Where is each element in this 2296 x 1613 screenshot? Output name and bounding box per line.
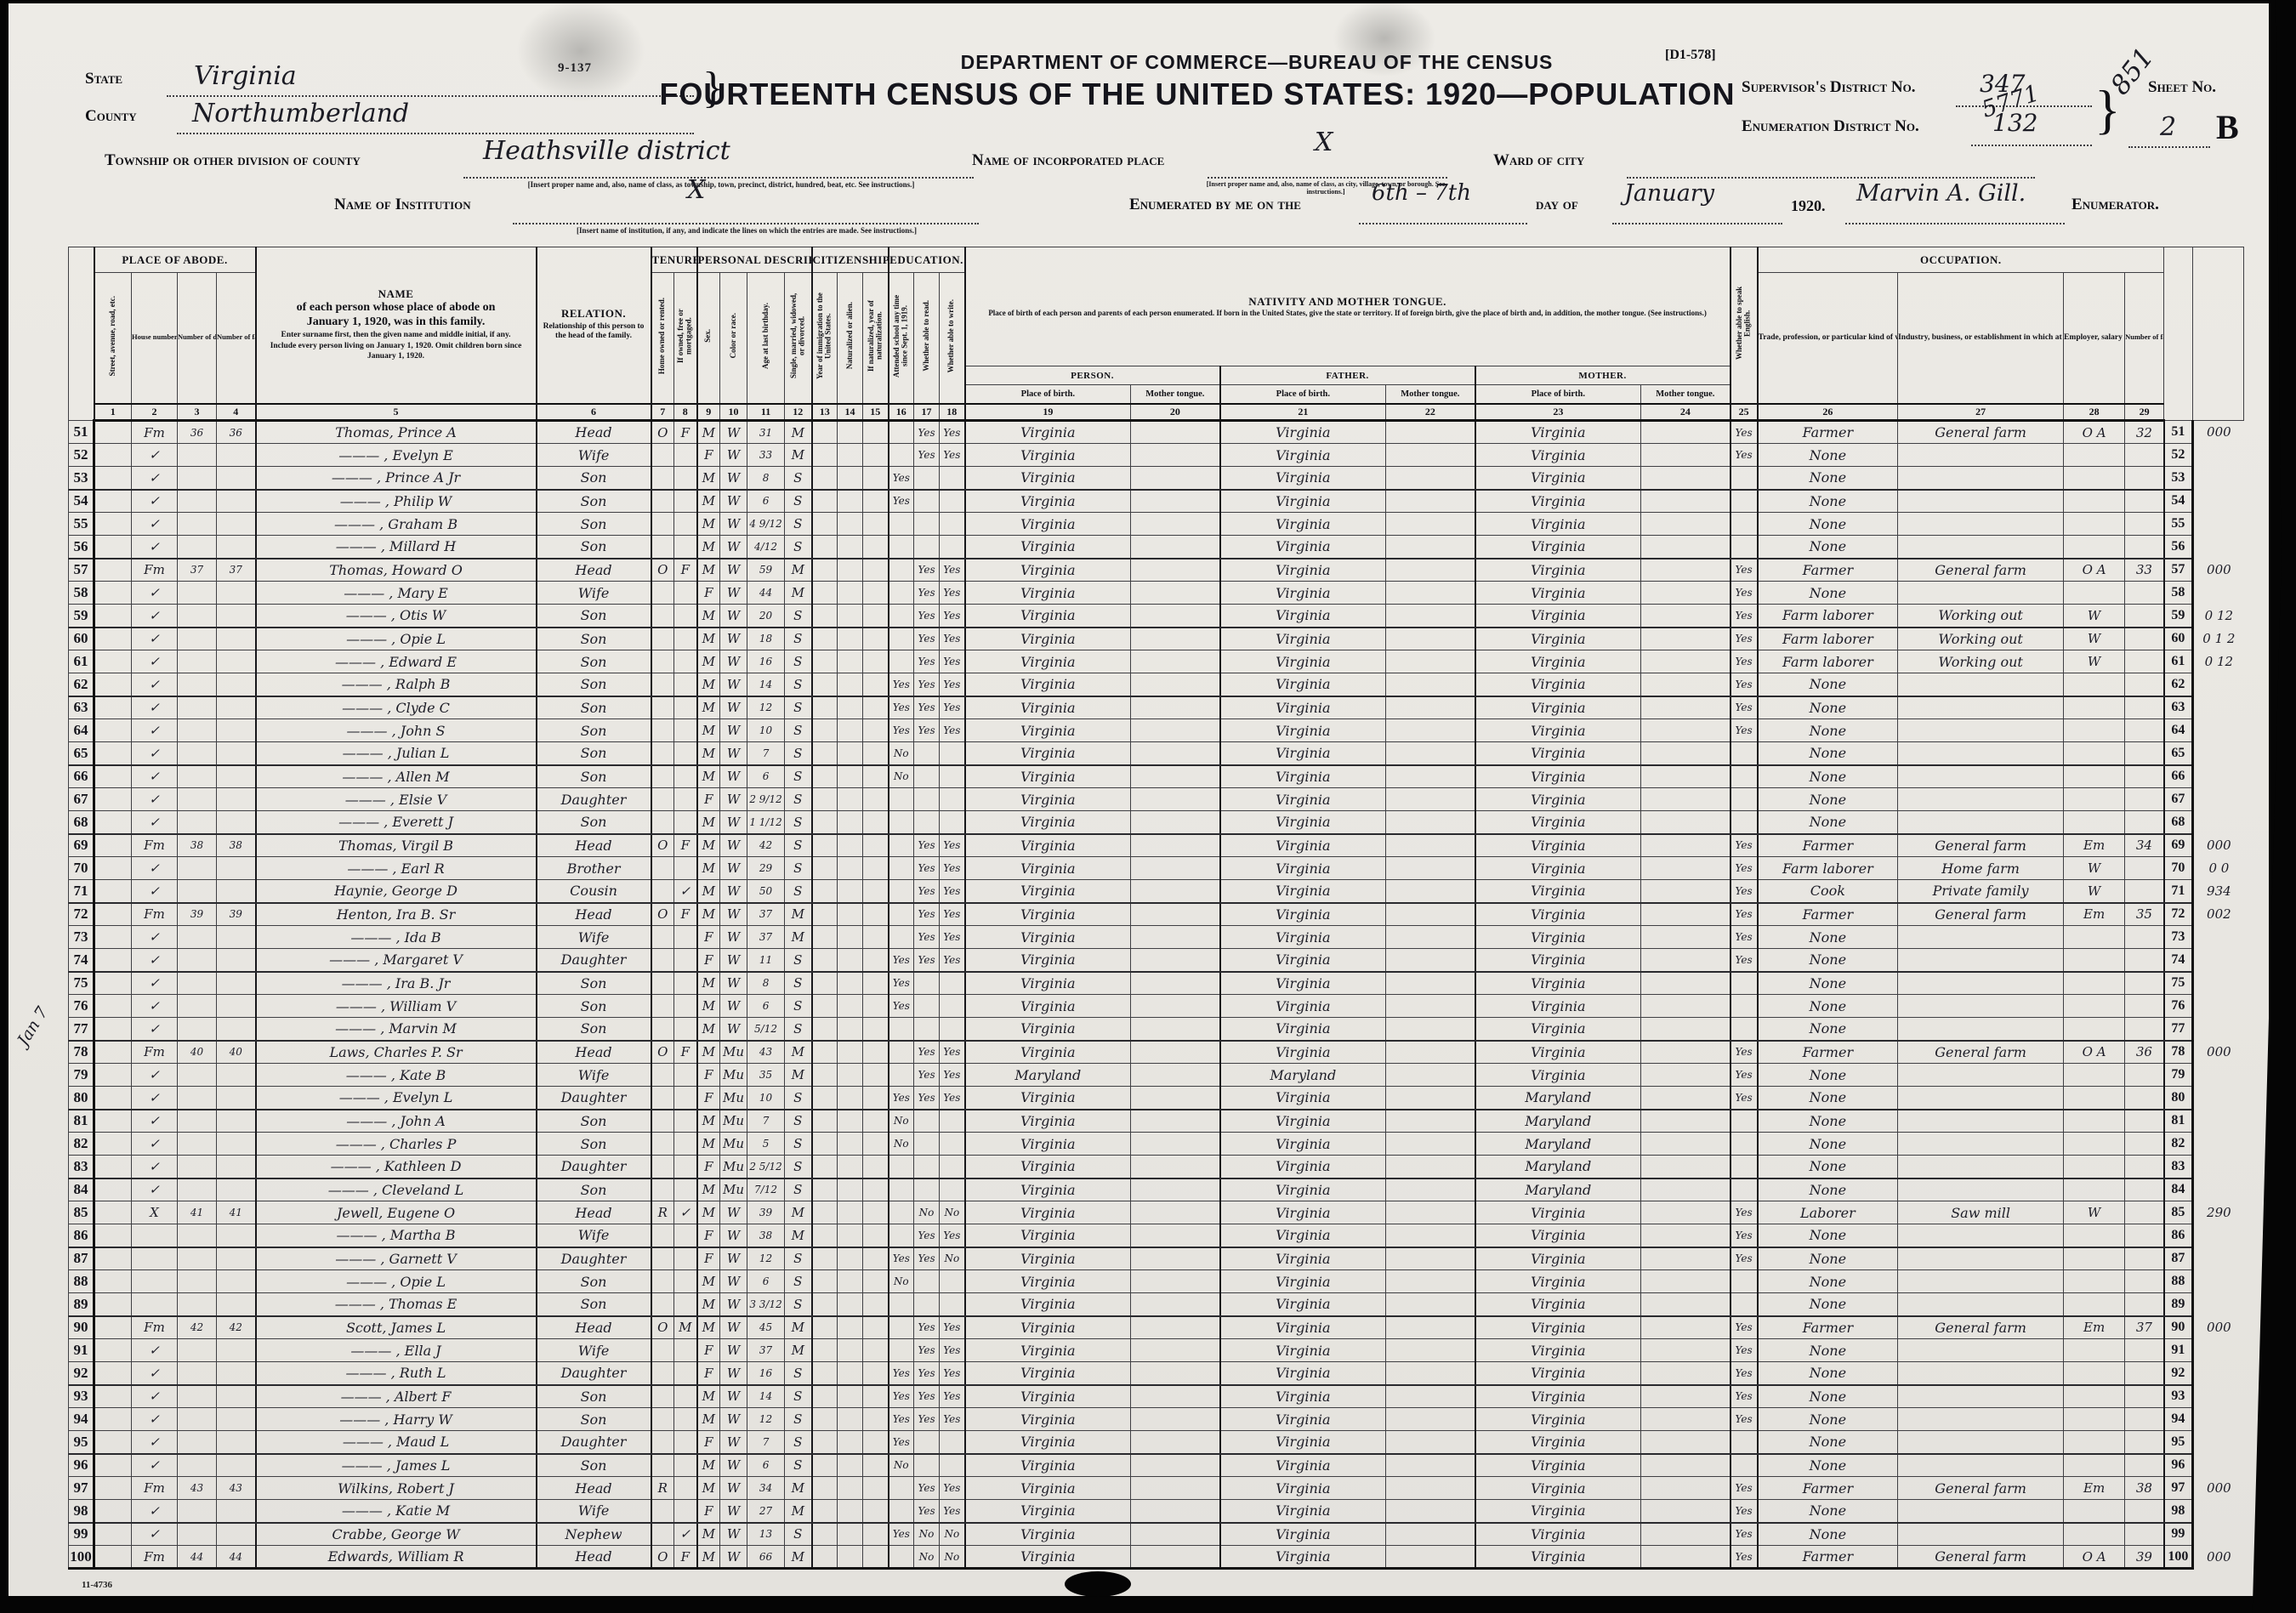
cell-age: 6 xyxy=(747,1454,785,1477)
cell-speaks-english: Yes xyxy=(1731,673,1758,696)
cell-mother-tongue2 xyxy=(1641,903,1731,926)
cell-name: ——— , John A xyxy=(256,1110,537,1133)
cell-free-mortgaged xyxy=(674,467,697,490)
enumerator-name-value: Marvin A. Gill. xyxy=(1856,180,2026,207)
cell-immigration-year xyxy=(812,1477,838,1500)
cell-street xyxy=(94,628,132,650)
cell-industry xyxy=(1898,719,2064,742)
table-row: 92✓——— , Ruth LDaughterFW16SYesYesYesVir… xyxy=(69,1362,2244,1385)
table-row: 52✓——— , Evelyn EWifeFW33MYesYesVirginia… xyxy=(69,444,2244,467)
cell-color: W xyxy=(720,1316,747,1339)
cell-free-mortgaged: F xyxy=(674,559,697,582)
cell-write xyxy=(940,972,965,995)
cell-name: ——— , Kathleen D xyxy=(256,1156,537,1179)
table-row: 99✓Crabbe, George WNephew✓MW13SYesNoNoVi… xyxy=(69,1523,2244,1546)
cell-immigration-year xyxy=(812,513,838,536)
cell-school xyxy=(889,421,914,444)
cell-write: Yes xyxy=(940,1224,965,1247)
cell-margin-note xyxy=(2193,1087,2244,1110)
cell-dwelling-no xyxy=(178,1110,217,1133)
cell-father-tongue xyxy=(1386,949,1475,972)
cell-place-of-birth: Virginia xyxy=(965,1224,1131,1247)
table-row: 57Fm3737Thomas, Howard OHeadOFMW59MYesYe… xyxy=(69,559,2244,582)
cell-father-place-of-birth: Virginia xyxy=(1220,421,1386,444)
cell-name: Thomas, Prince A xyxy=(256,421,537,444)
cell-color: W xyxy=(720,582,747,605)
cell-relation: Daughter xyxy=(537,1247,651,1270)
cell-mother-tongue2 xyxy=(1641,1064,1731,1087)
scan-edge-left xyxy=(0,0,9,1613)
cell-place-of-birth: Virginia xyxy=(965,444,1131,467)
cell-sex: F xyxy=(697,926,720,949)
cell-sex: M xyxy=(697,421,720,444)
cell-age: 7/12 xyxy=(747,1179,785,1201)
cell-trade: None xyxy=(1758,972,1898,995)
cell-age: 37 xyxy=(747,926,785,949)
cell-employer-code xyxy=(2064,1087,2125,1110)
line-number-right: 93 xyxy=(2164,1385,2193,1408)
cell-name: Crabbe, George W xyxy=(256,1523,537,1546)
cell-owned-rented xyxy=(651,1224,674,1247)
cell-write xyxy=(940,490,965,513)
cell-place-of-birth: Virginia xyxy=(965,949,1131,972)
cell-immigration-year xyxy=(812,1362,838,1385)
cell-father-place-of-birth: Virginia xyxy=(1220,1385,1386,1408)
cell-street xyxy=(94,788,132,811)
cell-owned-rented xyxy=(651,1179,674,1201)
cell-read: Yes xyxy=(914,673,940,696)
cell-naturalized xyxy=(838,857,863,880)
cell-house-or-farm: ✓ xyxy=(132,995,178,1018)
cell-school xyxy=(889,1018,914,1041)
cell-dwelling-no xyxy=(178,650,217,673)
cell-age: 6 xyxy=(747,1270,785,1293)
cell-read xyxy=(914,1179,940,1201)
cell-write: Yes xyxy=(940,834,965,857)
cell-sex: M xyxy=(697,650,720,673)
cell-father-tongue xyxy=(1386,995,1475,1018)
cell-family-no xyxy=(217,1156,256,1179)
cell-mother-place-of-birth: Virginia xyxy=(1475,490,1641,513)
cell-free-mortgaged xyxy=(674,1247,697,1270)
cell-street xyxy=(94,605,132,628)
cell-trade: None xyxy=(1758,1179,1898,1201)
cell-industry: Working out xyxy=(1898,650,2064,673)
line-number-left: 100 xyxy=(69,1546,94,1569)
cell-father-tongue xyxy=(1386,1270,1475,1293)
cell-industry xyxy=(1898,1431,2064,1454)
line-number-left: 62 xyxy=(69,673,94,696)
cell-speaks-english: Yes xyxy=(1731,1087,1758,1110)
cell-industry xyxy=(1898,1454,2064,1477)
cell-speaks-english: Yes xyxy=(1731,949,1758,972)
cell-place-of-birth: Virginia xyxy=(965,719,1131,742)
cell-farm-schedule xyxy=(2125,1179,2164,1201)
cell-write xyxy=(940,765,965,788)
cell-house-or-farm: ✓ xyxy=(132,926,178,949)
cell-industry xyxy=(1898,490,2064,513)
table-header: PLACE OF ABODE. NAME of each person whos… xyxy=(69,247,2244,421)
cell-dwelling-no xyxy=(178,582,217,605)
column-number: 24 xyxy=(1641,404,1731,421)
cell-mother-tongue2 xyxy=(1641,559,1731,582)
cell-sex: M xyxy=(697,1041,720,1064)
cell-father-tongue xyxy=(1386,559,1475,582)
cell-margin-note xyxy=(2193,490,2244,513)
cell-school: Yes xyxy=(889,1431,914,1454)
cell-free-mortgaged xyxy=(674,1500,697,1523)
cell-industry xyxy=(1898,995,2064,1018)
cell-school xyxy=(889,1064,914,1087)
cell-street xyxy=(94,444,132,467)
cell-free-mortgaged: F xyxy=(674,421,697,444)
cell-mother-tongue xyxy=(1131,834,1220,857)
cell-write xyxy=(940,788,965,811)
cell-color: W xyxy=(720,1247,747,1270)
cell-school: Yes xyxy=(889,972,914,995)
cell-naturalized xyxy=(838,1270,863,1293)
cell-trade: None xyxy=(1758,1156,1898,1179)
cell-immigration-year xyxy=(812,559,838,582)
cell-sex: M xyxy=(697,467,720,490)
cell-marital: S xyxy=(785,490,812,513)
cell-immigration-year xyxy=(812,1523,838,1546)
name-header-line4: Include every person living on January 1… xyxy=(257,341,536,362)
cell-family-no xyxy=(217,444,256,467)
name-group-title: NAME xyxy=(257,287,536,301)
col-mortgage-header: If owned, free or mortgaged. xyxy=(674,273,697,404)
cell-name: ——— , Ira B. Jr xyxy=(256,972,537,995)
cell-father-place-of-birth: Virginia xyxy=(1220,628,1386,650)
cell-street xyxy=(94,811,132,834)
cell-farm-schedule xyxy=(2125,788,2164,811)
cell-color: W xyxy=(720,421,747,444)
cell-mother-tongue2 xyxy=(1641,1316,1731,1339)
cell-dwelling-no xyxy=(178,628,217,650)
cell-speaks-english xyxy=(1731,1156,1758,1179)
cell-write: Yes xyxy=(940,582,965,605)
cell-father-place-of-birth: Virginia xyxy=(1220,1201,1386,1224)
cell-relation: Brother xyxy=(537,857,651,880)
cell-school xyxy=(889,1041,914,1064)
cell-name: ——— , Clyde C xyxy=(256,696,537,719)
cell-father-place-of-birth: Virginia xyxy=(1220,1408,1386,1431)
cell-trade: Farm laborer xyxy=(1758,628,1898,650)
col-immigration-header: Year of immigration to the United States… xyxy=(812,273,838,404)
cell-mother-place-of-birth: Virginia xyxy=(1475,742,1641,765)
cell-naturalized xyxy=(838,1454,863,1477)
cell-immigration-year xyxy=(812,995,838,1018)
age-label: Age at last birthday. xyxy=(762,303,770,369)
cell-mother-place-of-birth: Maryland xyxy=(1475,1179,1641,1201)
cell-marital: M xyxy=(785,1500,812,1523)
cell-mother-place-of-birth: Virginia xyxy=(1475,582,1641,605)
cell-father-tongue xyxy=(1386,1454,1475,1477)
cell-school xyxy=(889,1224,914,1247)
table-row: 98✓——— , Katie MWifeFW27MYesYesVirginiaV… xyxy=(69,1500,2244,1523)
cell-mother-place-of-birth: Virginia xyxy=(1475,1201,1641,1224)
cell-free-mortgaged: F xyxy=(674,1041,697,1064)
cell-mother-tongue2 xyxy=(1641,1523,1731,1546)
cell-mother-tongue xyxy=(1131,972,1220,995)
cell-read: Yes xyxy=(914,1477,940,1500)
cell-father-place-of-birth: Virginia xyxy=(1220,1270,1386,1293)
cell-relation: Head xyxy=(537,421,651,444)
cell-name: Haynie, George D xyxy=(256,880,537,903)
column-number: 23 xyxy=(1475,404,1641,421)
cell-free-mortgaged: F xyxy=(674,1546,697,1569)
cell-speaks-english: Yes xyxy=(1731,1316,1758,1339)
cell-relation: Head xyxy=(537,1316,651,1339)
cell-place-of-birth: Virginia xyxy=(965,673,1131,696)
cell-family-no xyxy=(217,1110,256,1133)
cell-mother-tongue2 xyxy=(1641,926,1731,949)
cell-school: No xyxy=(889,1133,914,1156)
cell-dwelling-no xyxy=(178,1500,217,1523)
cell-family-no xyxy=(217,1523,256,1546)
line-number-left: 72 xyxy=(69,903,94,926)
cell-house-or-farm: ✓ xyxy=(132,1339,178,1362)
cell-family-no xyxy=(217,811,256,834)
cell-dwelling-no xyxy=(178,1247,217,1270)
cell-sex: M xyxy=(697,903,720,926)
cell-family-no xyxy=(217,650,256,673)
cell-family-no: 44 xyxy=(217,1546,256,1569)
table-row: 89——— , Thomas ESonMW3 3/12SVirginiaVirg… xyxy=(69,1293,2244,1316)
cell-write: Yes xyxy=(940,1408,965,1431)
person-pob-header: Place of birth. xyxy=(965,385,1131,404)
cell-industry xyxy=(1898,765,2064,788)
cell-naturalization-year xyxy=(863,536,889,559)
cell-owned-rented xyxy=(651,1362,674,1385)
cell-street xyxy=(94,1247,132,1270)
cell-naturalization-year xyxy=(863,788,889,811)
cell-street xyxy=(94,1110,132,1133)
cell-place-of-birth: Virginia xyxy=(965,605,1131,628)
cell-mother-place-of-birth: Virginia xyxy=(1475,467,1641,490)
cell-mother-tongue xyxy=(1131,628,1220,650)
cell-school: Yes xyxy=(889,673,914,696)
cell-write: Yes xyxy=(940,1385,965,1408)
cell-street xyxy=(94,995,132,1018)
cell-free-mortgaged xyxy=(674,1270,697,1293)
cell-age: 27 xyxy=(747,1500,785,1523)
cell-sex: M xyxy=(697,1201,720,1224)
cell-street xyxy=(94,1339,132,1362)
cell-owned-rented xyxy=(651,490,674,513)
cell-house-or-farm: ✓ xyxy=(132,1064,178,1087)
cell-age: 38 xyxy=(747,1224,785,1247)
cell-owned-rented xyxy=(651,880,674,903)
cell-naturalization-year xyxy=(863,444,889,467)
cell-relation: Son xyxy=(537,995,651,1018)
enumeration-district-line xyxy=(1971,145,2092,146)
cell-trade: None xyxy=(1758,926,1898,949)
cell-place-of-birth: Virginia xyxy=(965,1293,1131,1316)
cell-school: Yes xyxy=(889,719,914,742)
cell-house-or-farm: ✓ xyxy=(132,696,178,719)
cell-immigration-year xyxy=(812,1385,838,1408)
cell-read: Yes xyxy=(914,880,940,903)
cell-immigration-year xyxy=(812,1408,838,1431)
cell-margin-note: 002 xyxy=(2193,903,2244,926)
cell-employer-code xyxy=(2064,444,2125,467)
table-row: 90Fm4242Scott, James LHeadOMMW45MYesYesV… xyxy=(69,1316,2244,1339)
cell-margin-note: 000 xyxy=(2193,834,2244,857)
cell-sex: F xyxy=(697,788,720,811)
cell-naturalized xyxy=(838,1041,863,1064)
cell-speaks-english xyxy=(1731,467,1758,490)
cell-margin-note xyxy=(2193,811,2244,834)
cell-immigration-year xyxy=(812,1156,838,1179)
cell-naturalization-year xyxy=(863,1110,889,1133)
cell-place-of-birth: Virginia xyxy=(965,650,1131,673)
table-row: 87——— , Garnett VDaughterFW12SYesYesNoVi… xyxy=(69,1247,2244,1270)
cell-free-mortgaged xyxy=(674,972,697,995)
cell-sex: M xyxy=(697,1454,720,1477)
sheet-letter: B xyxy=(2216,107,2239,147)
cell-free-mortgaged: ✓ xyxy=(674,880,697,903)
group-name: NAME of each person whose place of abode… xyxy=(256,247,537,404)
cell-relation: Son xyxy=(537,811,651,834)
cell-school xyxy=(889,628,914,650)
cell-age: 34 xyxy=(747,1477,785,1500)
cell-naturalized xyxy=(838,1293,863,1316)
line-number-left: 80 xyxy=(69,1087,94,1110)
cell-street xyxy=(94,673,132,696)
cell-school xyxy=(889,811,914,834)
cell-color: Mu xyxy=(720,1041,747,1064)
cell-write xyxy=(940,995,965,1018)
cell-father-tongue xyxy=(1386,1477,1475,1500)
cell-immigration-year xyxy=(812,1293,838,1316)
cell-house-or-farm xyxy=(132,1270,178,1293)
cell-naturalization-year xyxy=(863,1500,889,1523)
cell-naturalization-year xyxy=(863,926,889,949)
cell-sex: M xyxy=(697,1133,720,1156)
naturalized-label: Naturalized or alien. xyxy=(846,302,855,369)
cell-immigration-year xyxy=(812,605,838,628)
cell-read: No xyxy=(914,1201,940,1224)
cell-mother-place-of-birth: Virginia xyxy=(1475,1247,1641,1270)
line-number-right: 64 xyxy=(2164,719,2193,742)
margin-date-note: Jan 7 xyxy=(14,1003,52,1048)
cell-relation: Son xyxy=(537,742,651,765)
cell-mother-place-of-birth: Maryland xyxy=(1475,1110,1641,1133)
cell-naturalized xyxy=(838,582,863,605)
cell-street xyxy=(94,1316,132,1339)
cell-street xyxy=(94,582,132,605)
cell-trade: None xyxy=(1758,1133,1898,1156)
cell-free-mortgaged xyxy=(674,1156,697,1179)
cell-family-no xyxy=(217,1408,256,1431)
cell-color: W xyxy=(720,788,747,811)
cell-color: W xyxy=(720,605,747,628)
cell-owned-rented xyxy=(651,650,674,673)
cell-marital: S xyxy=(785,1179,812,1201)
cell-speaks-english: Yes xyxy=(1731,1362,1758,1385)
cell-free-mortgaged: M xyxy=(674,1316,697,1339)
cell-read: Yes xyxy=(914,1339,940,1362)
cell-mother-tongue2 xyxy=(1641,1477,1731,1500)
cell-school: Yes xyxy=(889,467,914,490)
cell-family-no xyxy=(217,582,256,605)
mother-tongue-header: Mother tongue. xyxy=(1641,385,1731,404)
cell-margin-note xyxy=(2193,1110,2244,1133)
institution-line xyxy=(513,223,979,224)
cell-owned-rented xyxy=(651,1247,674,1270)
cell-marital: M xyxy=(785,1546,812,1569)
line-number-right: 54 xyxy=(2164,490,2193,513)
cell-father-place-of-birth: Virginia xyxy=(1220,444,1386,467)
cell-place-of-birth: Virginia xyxy=(965,903,1131,926)
cell-employer-code xyxy=(2064,1156,2125,1179)
line-number-left: 51 xyxy=(69,421,94,444)
line-number-header-left xyxy=(69,247,94,421)
cell-read: Yes xyxy=(914,628,940,650)
cell-relation: Wife xyxy=(537,1064,651,1087)
cell-place-of-birth: Virginia xyxy=(965,628,1131,650)
cell-school xyxy=(889,444,914,467)
cell-mother-place-of-birth: Virginia xyxy=(1475,1293,1641,1316)
cell-farm-schedule xyxy=(2125,1247,2164,1270)
cell-name: ——— , Kate B xyxy=(256,1064,537,1087)
cell-write: No xyxy=(940,1247,965,1270)
cell-color: W xyxy=(720,1523,747,1546)
cell-naturalization-year xyxy=(863,834,889,857)
person-tongue-header: Mother tongue. xyxy=(1131,385,1220,404)
column-number: 17 xyxy=(914,404,940,421)
cell-write: Yes xyxy=(940,650,965,673)
cell-owned-rented xyxy=(651,1523,674,1546)
cell-street xyxy=(94,857,132,880)
line-number-left: 67 xyxy=(69,788,94,811)
cell-read: Yes xyxy=(914,605,940,628)
column-number: 9 xyxy=(697,404,720,421)
cell-place-of-birth: Virginia xyxy=(965,536,1131,559)
naturalization-year-label: If naturalized, year of naturalization. xyxy=(867,292,884,380)
cell-industry xyxy=(1898,513,2064,536)
column-number: 4 xyxy=(217,404,256,421)
table-row: 86——— , Martha BWifeFW38MYesYesVirginiaV… xyxy=(69,1224,2244,1247)
cell-owned-rented: R xyxy=(651,1477,674,1500)
cell-speaks-english xyxy=(1731,1133,1758,1156)
table-row: 94✓——— , Harry WSonMW12SYesYesYesVirgini… xyxy=(69,1408,2244,1431)
cell-naturalization-year xyxy=(863,1293,889,1316)
person-subheader: PERSON. xyxy=(965,366,1220,385)
cell-trade: None xyxy=(1758,1385,1898,1408)
col-industry-header: Industry, business, or establishment in … xyxy=(1898,273,2064,404)
cell-house-or-farm: ✓ xyxy=(132,513,178,536)
cell-dwelling-no xyxy=(178,880,217,903)
cell-mother-place-of-birth: Virginia xyxy=(1475,1362,1641,1385)
line-number-right: 87 xyxy=(2164,1247,2193,1270)
cell-speaks-english xyxy=(1731,742,1758,765)
cell-relation: Son xyxy=(537,650,651,673)
cell-owned-rented xyxy=(651,1018,674,1041)
cell-owned-rented xyxy=(651,628,674,650)
cell-family-no xyxy=(217,972,256,995)
cell-street xyxy=(94,536,132,559)
cell-naturalized xyxy=(838,949,863,972)
cell-house-or-farm: ✓ xyxy=(132,1362,178,1385)
cell-read: Yes xyxy=(914,1500,940,1523)
line-number-right: 66 xyxy=(2164,765,2193,788)
cell-relation: Daughter xyxy=(537,1362,651,1385)
cell-relation: Wife xyxy=(537,1339,651,1362)
cell-age: 20 xyxy=(747,605,785,628)
cell-sex: M xyxy=(697,1270,720,1293)
